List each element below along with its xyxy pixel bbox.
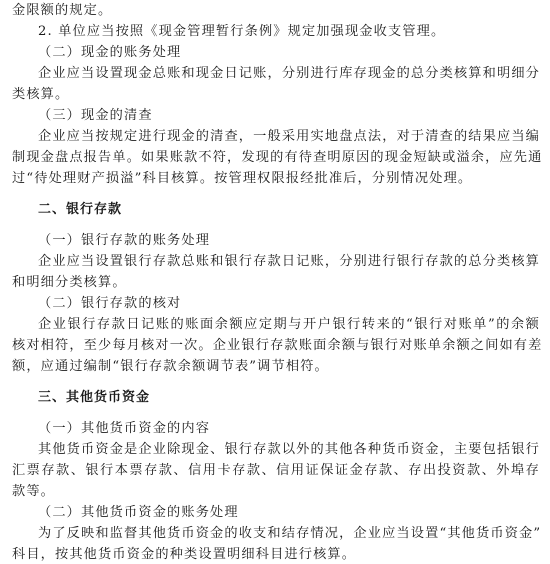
document-page: 金限额的规定。 2. 单位应当按照《现金管理暂行条例》规定加强现金收支管理。 （…	[12, 0, 540, 564]
spacer	[12, 189, 540, 199]
spacer	[12, 377, 540, 387]
text-line: 2. 单位应当按照《现金管理暂行条例》规定加强现金收支管理。	[12, 21, 540, 42]
text-line: 金限额的规定。	[12, 0, 540, 21]
section-heading: 三、其他货币资金	[12, 387, 540, 408]
paragraph-line: 过“待处理财产损溢”科目核算。按管理权限报经批准后，分别情况处理。	[12, 168, 540, 189]
subsection-title: （二）其他货币资金的账务处理	[12, 502, 540, 523]
subsection-title: （三）现金的清查	[12, 105, 540, 126]
subsection-title: （一）其他货币资金的内容	[12, 418, 540, 439]
subsection-title: （二）现金的账务处理	[12, 42, 540, 63]
paragraph-line: 企业应当设置银行存款总账和银行存款日记账，分别进行银行存款的总分类核算	[12, 251, 540, 272]
paragraph-line: 科目，按其他货币资金的种类设置明细科目进行核算。	[12, 544, 540, 564]
paragraph-line: 制现金盘点报告单。如果账款不符，发现的有待查明原因的现金短缺或溢余，应先通	[12, 147, 540, 168]
paragraph-line: 核对相符，至少每月核对一次。企业银行存款账面余额与银行对账单余额之间如有差	[12, 335, 540, 356]
paragraph-line: 额，应通过编制“银行存款余额调节表”调节相符。	[12, 356, 540, 377]
spacer	[12, 408, 540, 418]
subsection-title: （二）银行存款的核对	[12, 293, 540, 314]
paragraph-line: 汇票存款、银行本票存款、信用卡存款、信用证保证金存款、存出投资款、外埠存	[12, 460, 540, 481]
paragraph-line: 款等。	[12, 481, 540, 502]
paragraph-line: 企业应当设置现金总账和现金日记账，分别进行库存现金的总分类核算和明细分	[12, 63, 540, 84]
paragraph-line: 类核算。	[12, 84, 540, 105]
paragraph-line: 和明细分类核算。	[12, 272, 540, 293]
paragraph-line: 企业应当按规定进行现金的清查，一般采用实地盘点法，对于清查的结果应当编	[12, 126, 540, 147]
subsection-title: （一）银行存款的账务处理	[12, 230, 540, 251]
paragraph-line: 企业银行存款日记账的账面余额应定期与开户银行转来的“银行对账单”的余额	[12, 314, 540, 335]
paragraph-line: 为了反映和监督其他货币资金的收支和结存情况，企业应当设置“其他货币资金”	[12, 523, 540, 544]
spacer	[12, 220, 540, 230]
paragraph-line: 其他货币资金是企业除现金、银行存款以外的其他各种货币资金，主要包括银行	[12, 439, 540, 460]
section-heading: 二、银行存款	[12, 199, 540, 220]
